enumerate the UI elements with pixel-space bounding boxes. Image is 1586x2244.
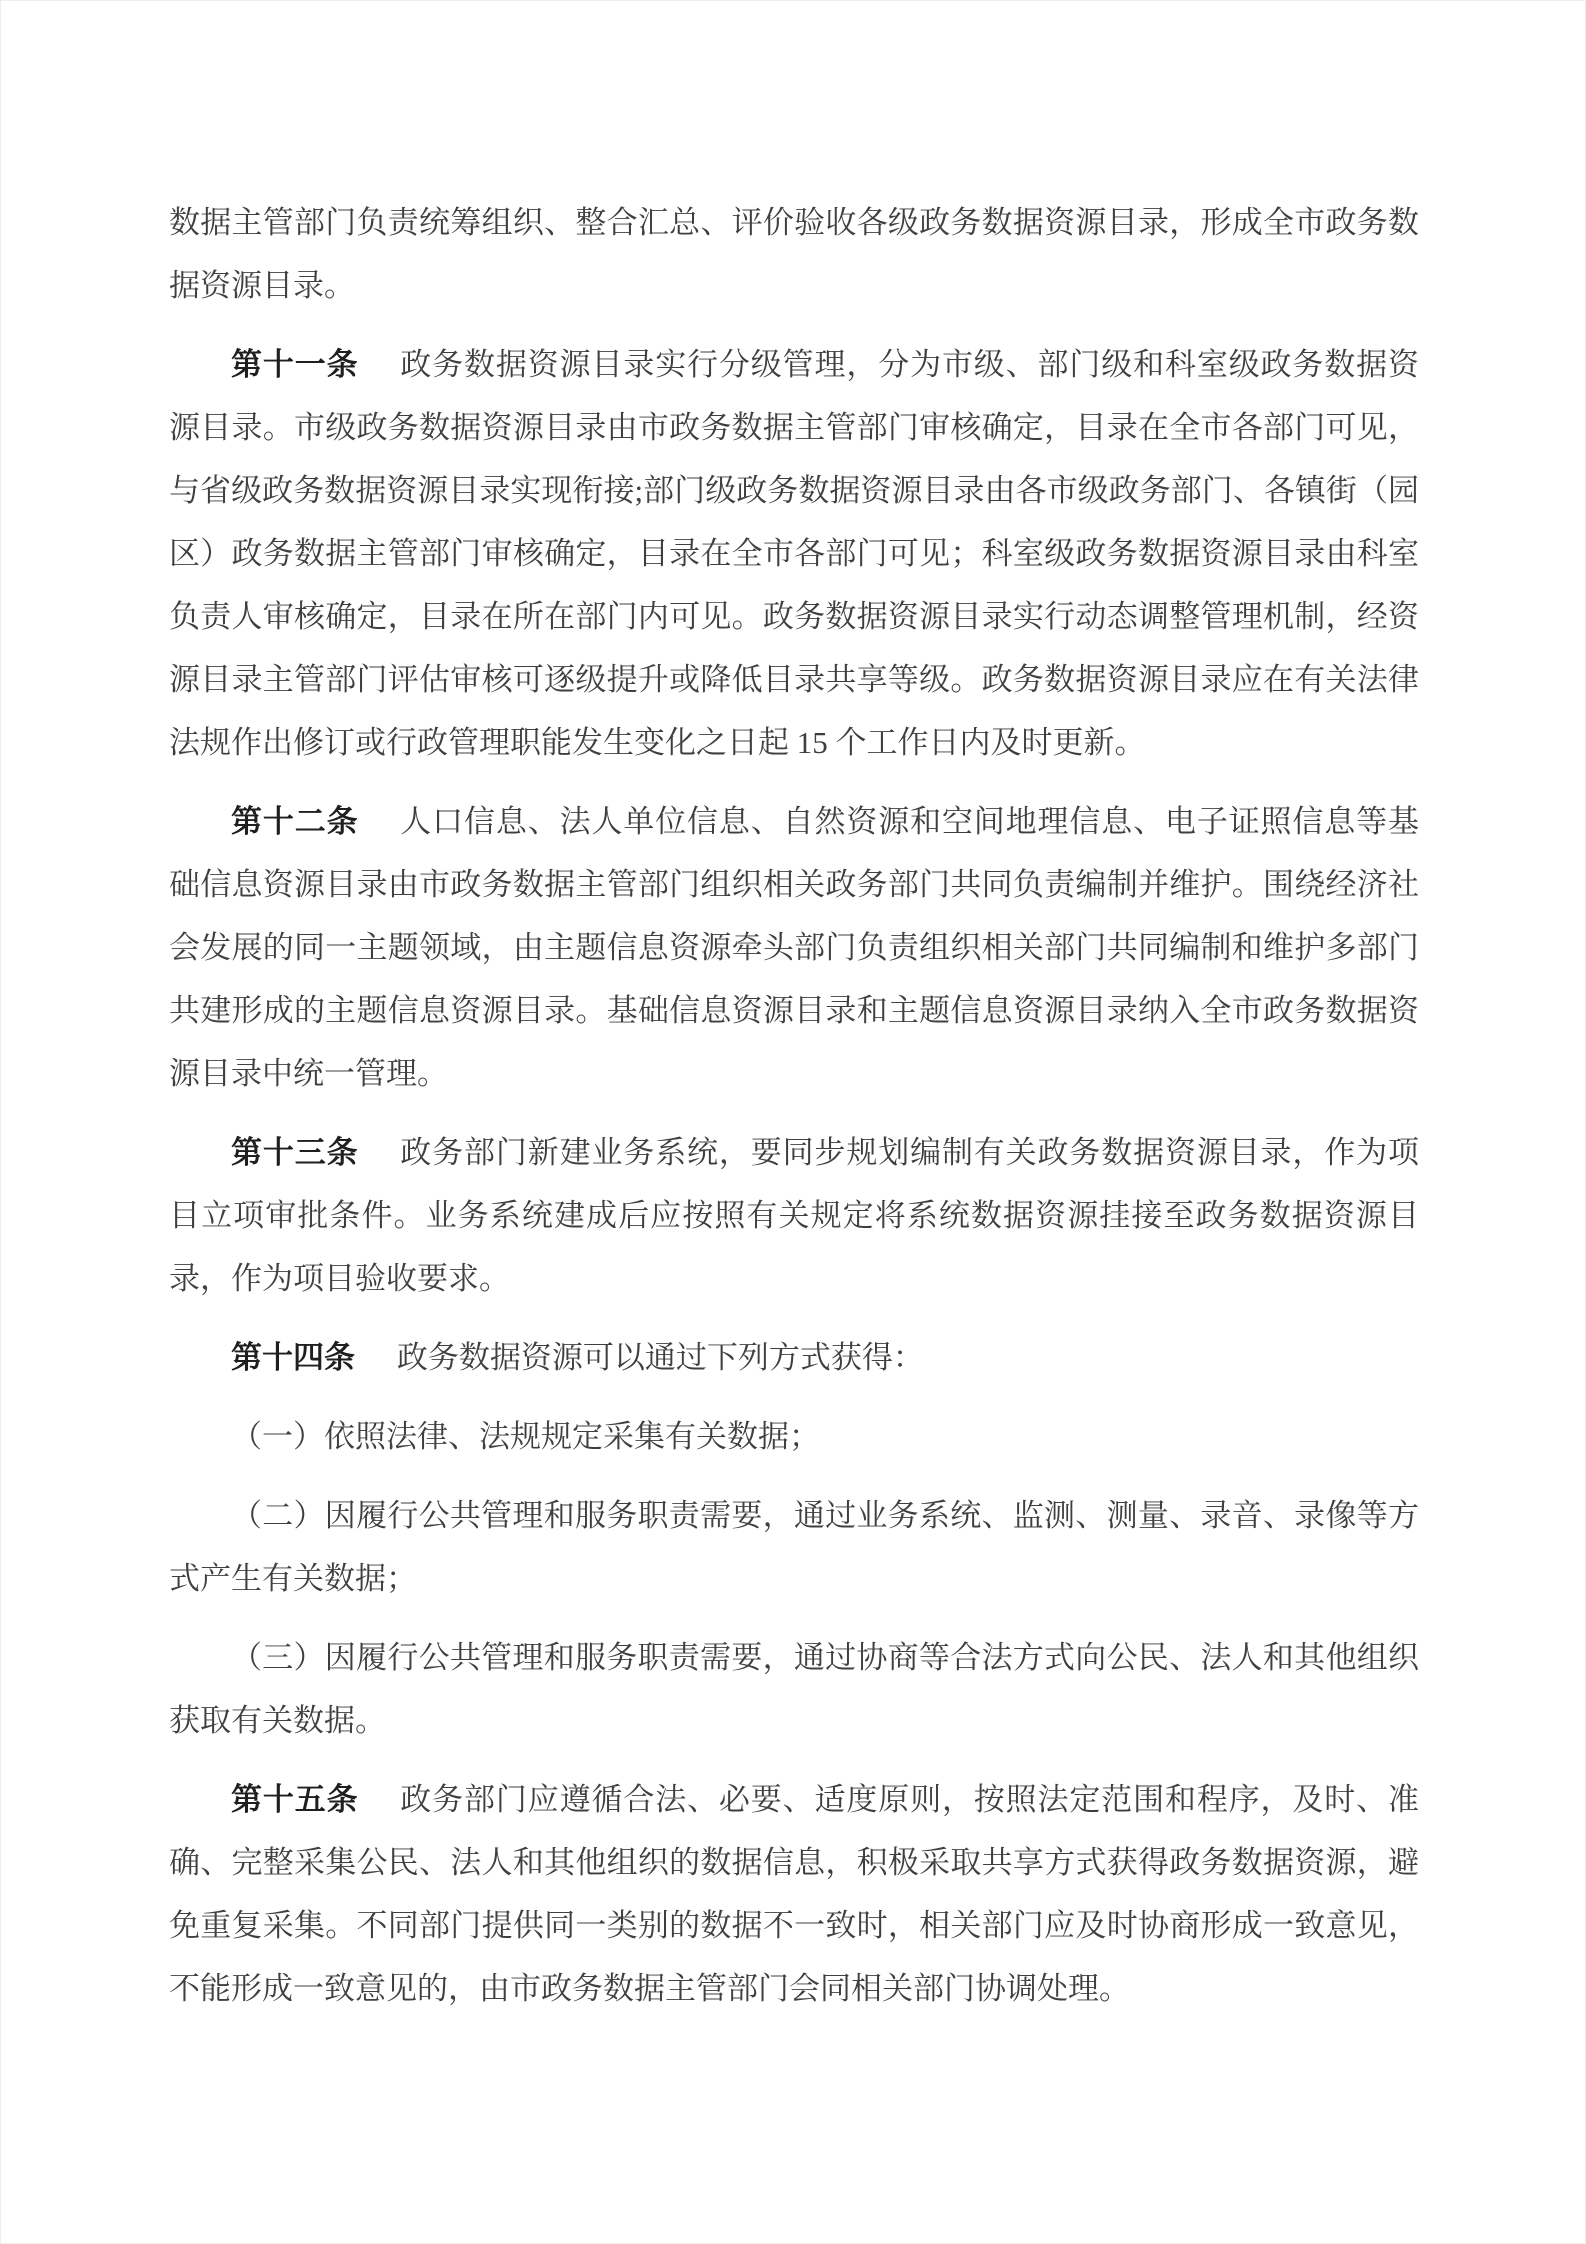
paragraph-text: （一）依照法律、法规规定采集有关数据；: [231, 1419, 820, 1454]
article-number: 第十五条: [231, 1782, 358, 1817]
document-page: 数据主管部门负责统筹组织、整合汇总、评价验收各级政务数据资源目录，形成全市政务数…: [0, 0, 1586, 2244]
list-item-paragraph: （一）依照法律、法规规定采集有关数据；: [169, 1405, 1419, 1468]
paragraph-text: 数据主管部门负责统筹组织、整合汇总、评价验收各级政务数据资源目录，形成全市政务数…: [169, 205, 1419, 303]
article-paragraph: 第十五条政务部门应遵循合法、必要、适度原则，按照法定范围和程序，及时、准确、完整…: [169, 1768, 1419, 2020]
article-number: 第十二条: [231, 804, 358, 839]
paragraph-text: （三）因履行公共管理和服务职责需要，通过协商等合法方式向公民、法人和其他组织获取…: [169, 1640, 1419, 1738]
article-paragraph: 第十四条政务数据资源可以通过下列方式获得：: [169, 1326, 1419, 1389]
list-item-paragraph: （二）因履行公共管理和服务职责需要，通过业务系统、监测、测量、录音、录像等方式产…: [169, 1484, 1419, 1610]
paragraph-text: 政务数据资源目录实行分级管理，分为市级、部门级和科室级政务数据资源目录。市级政务…: [169, 347, 1419, 760]
article-paragraph: 第十一条政务数据资源目录实行分级管理，分为市级、部门级和科室级政务数据资源目录。…: [169, 333, 1419, 774]
paragraph-text: 人口信息、法人单位信息、自然资源和空间地理信息、电子证照信息等基础信息资源目录由…: [169, 804, 1419, 1091]
article-paragraph: 第十二条人口信息、法人单位信息、自然资源和空间地理信息、电子证照信息等基础信息资…: [169, 790, 1419, 1105]
article-number: 第十三条: [231, 1135, 358, 1170]
continuation-paragraph: 数据主管部门负责统筹组织、整合汇总、评价验收各级政务数据资源目录，形成全市政务数…: [169, 191, 1419, 317]
article-number: 第十一条: [231, 347, 358, 382]
paragraph-text: 政务数据资源可以通过下列方式获得：: [397, 1340, 924, 1375]
document-content: 数据主管部门负责统筹组织、整合汇总、评价验收各级政务数据资源目录，形成全市政务数…: [169, 191, 1419, 2020]
article-paragraph: 第十三条政务部门新建业务系统，要同步规划编制有关政务数据资源目录，作为项目立项审…: [169, 1121, 1419, 1310]
article-number: 第十四条: [231, 1340, 355, 1375]
list-item-paragraph: （三）因履行公共管理和服务职责需要，通过协商等合法方式向公民、法人和其他组织获取…: [169, 1626, 1419, 1752]
paragraph-text: （二）因履行公共管理和服务职责需要，通过业务系统、监测、测量、录音、录像等方式产…: [169, 1498, 1419, 1596]
